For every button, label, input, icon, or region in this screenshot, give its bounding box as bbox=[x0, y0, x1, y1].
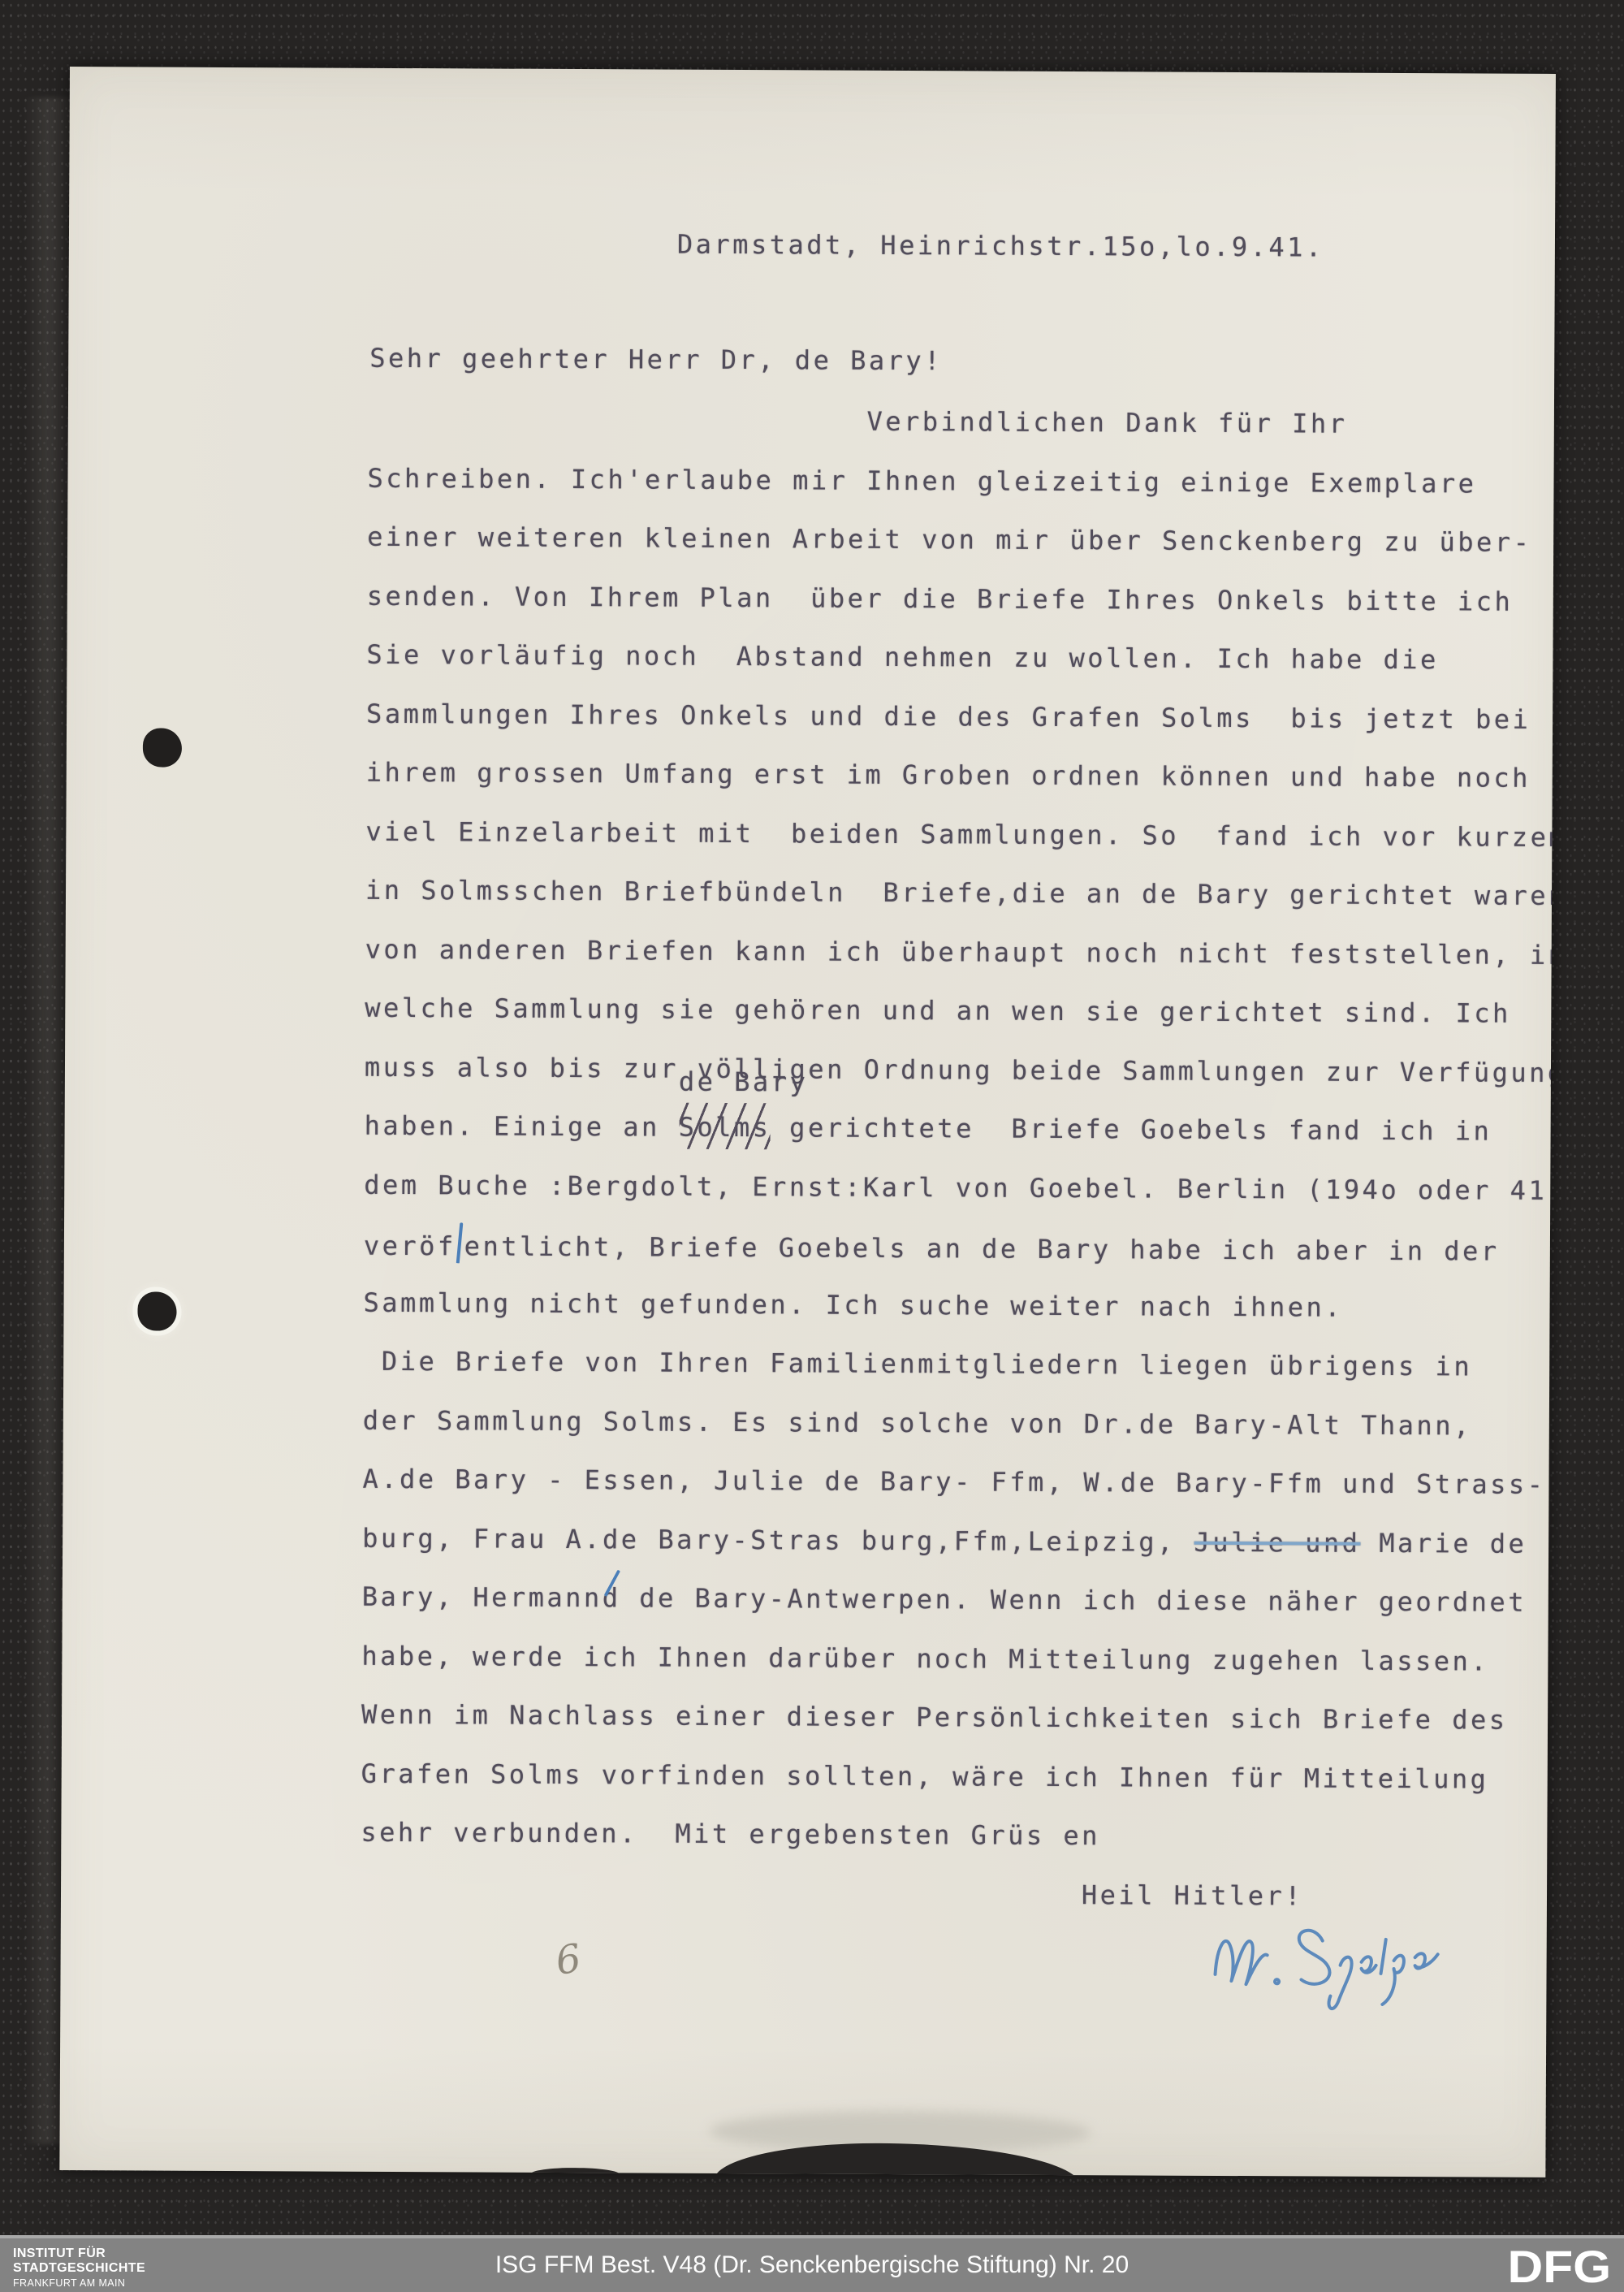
letter-line: Bary, Hermannd de Bary-Antwerpen. Wenn i… bbox=[362, 1568, 1556, 1633]
letter-text: senden. Von Ihrem Plan über die Briefe I… bbox=[367, 580, 1514, 616]
letter-text: welche Sammlung sie gehören und an wen s… bbox=[365, 992, 1511, 1029]
letter-text: dem Buche :Bergdolt, Ernst:Karl von Goeb… bbox=[364, 1169, 1556, 1205]
letter-text: Die Briefe von Ihren Familienmitgliedern… bbox=[363, 1346, 1472, 1382]
letter-line: habe, werde ich Ihnen darüber noch Mitte… bbox=[361, 1626, 1556, 1691]
scan-viewer-stage: Darmstadt, Heinrichstr.15o,lo.9.41. Sehr… bbox=[0, 0, 1624, 2292]
letter-text: in Solmsschen Briefbündeln Briefe,die an… bbox=[365, 875, 1556, 911]
letter-text: gerichtete Briefe Goebels fand ich in bbox=[771, 1112, 1492, 1146]
paper-bottom-nick bbox=[530, 2168, 620, 2177]
corrected-word-wrapper: Solmsde Bary bbox=[678, 1098, 771, 1157]
letter-text: Sammlung nicht gefunden. Ich suche weite… bbox=[363, 1287, 1343, 1322]
letter-line: von anderen Briefen kann ich überhaupt n… bbox=[365, 919, 1556, 984]
handwritten-signature bbox=[1200, 1905, 1469, 2032]
letter-text: viel Einzelarbeit mit beiden Sammlungen.… bbox=[365, 815, 1556, 852]
letter-body: Verbindlichen Dank für IhrSchreiben. Ich… bbox=[361, 390, 1556, 1927]
letter-text: Marie de bbox=[1360, 1527, 1527, 1559]
letter-text: Heil Hitler! bbox=[361, 1875, 1303, 1911]
letter-line: Sammlung nicht gefunden. Ich suche weite… bbox=[363, 1273, 1556, 1338]
letter-line: dem Buche :Bergdolt, Ernst:Karl von Goeb… bbox=[364, 1155, 1556, 1220]
letter-line: senden. Von Ihrem Plan über die Briefe I… bbox=[367, 566, 1556, 631]
letter-text-x-out: Solms bbox=[678, 1098, 771, 1157]
letter-text: Verbindlichen Dank für Ihr bbox=[368, 404, 1348, 439]
letter-line: burg, Frau A.de Bary-Stras burg,Ffm,Leip… bbox=[362, 1508, 1556, 1573]
signature-ink-icon bbox=[1200, 1905, 1469, 2028]
letter-line: veröfentlicht, Briefe Goebels an de Bary… bbox=[364, 1214, 1556, 1279]
letter-text: der Sammlung Solms. Es sind solche von D… bbox=[363, 1404, 1472, 1441]
letter-line: Die Briefe von Ihren Familienmitgliedern… bbox=[363, 1332, 1556, 1397]
letter-text: Grafen Solms vorfinden sollten, wäre ich… bbox=[361, 1758, 1489, 1794]
letter-text: einer weiteren kleinen Arbeit von mir üb… bbox=[367, 521, 1531, 558]
letter-line: einer weiteren kleinen Arbeit von mir üb… bbox=[367, 508, 1556, 573]
letter-dateline: Darmstadt, Heinrichstr.15o,lo.9.41. bbox=[677, 229, 1324, 263]
letter-text-slash-blue: d bbox=[603, 1568, 621, 1628]
letter-line: ihrem grossen Umfang erst im Groben ordn… bbox=[366, 743, 1556, 808]
letter-line: Grafen Solms vorfinden sollten, wäre ich… bbox=[361, 1744, 1556, 1809]
letter-line: der Sammlung Solms. Es sind solche von D… bbox=[363, 1390, 1556, 1455]
typed-insertion-above: de Bary bbox=[679, 1066, 809, 1099]
letter-salutation: Sehr geehrter Herr Dr, de Bary! bbox=[369, 343, 943, 376]
letter-line: sehr verbunden. Mit ergebensten Grüs en bbox=[361, 1803, 1556, 1868]
footer-bar: INSTITUT FÜR STADTGESCHICHTE FRANKFURT A… bbox=[0, 2235, 1624, 2292]
letter-line: welche Sammlung sie gehören und an wen s… bbox=[365, 979, 1556, 1044]
letter-line: Sie vorläufig noch Abstand nehmen zu wol… bbox=[366, 625, 1556, 690]
letter-text: Sie vorläufig noch Abstand nehmen zu wol… bbox=[366, 639, 1439, 675]
letter-line: in Solmsschen Briefbündeln Briefe,die an… bbox=[365, 861, 1556, 926]
letter-text: ihrem grossen Umfang erst im Groben ordn… bbox=[366, 757, 1531, 794]
letter-line: viel Einzelarbeit mit beiden Sammlungen.… bbox=[365, 802, 1556, 867]
letter-line: haben. Einige an Solmsde Bary gerichtete… bbox=[364, 1096, 1556, 1161]
letter-text: von anderen Briefen kann ich überhaupt n… bbox=[365, 933, 1556, 970]
letter-text: veröf bbox=[364, 1230, 456, 1262]
letter-line: muss also bis zur völligen Ordnung beide… bbox=[365, 1037, 1556, 1102]
letter-text: sehr verbunden. Mit ergebensten Grüs en bbox=[361, 1817, 1100, 1851]
letter-text: burg, Frau A.de Bary-Stras burg,Ffm,Leip… bbox=[362, 1522, 1194, 1557]
letter-text: entlicht, Briefe Goebels an de Bary habe… bbox=[464, 1230, 1500, 1266]
dfg-logo: DFG bbox=[1507, 2240, 1611, 2292]
letter-line: A.de Bary - Essen, Julie de Bary- Ffm, W… bbox=[362, 1450, 1556, 1515]
letter-text: muss also bis zur völligen Ordnung beide… bbox=[365, 1051, 1556, 1088]
pencil-page-number: 6 bbox=[553, 1935, 585, 1984]
letter-line: Verbindlichen Dank für Ihr bbox=[368, 390, 1556, 455]
letter-text: Bary, Hermann bbox=[362, 1581, 603, 1613]
letter-text-strike-blue: Julie und bbox=[1194, 1526, 1361, 1558]
letter-text: Wenn im Nachlass einer dieser Persönlich… bbox=[361, 1699, 1508, 1736]
archive-reference-label: ISG FFM Best. V48 (Dr. Senckenbergische … bbox=[0, 2251, 1624, 2279]
letter-line: Wenn im Nachlass einer dieser Persönlich… bbox=[361, 1685, 1556, 1750]
letter-text: Schreiben. Ich'erlaube mir Ihnen gleizei… bbox=[367, 462, 1476, 499]
letter-line: Sammlungen Ihres Onkels und die des Graf… bbox=[366, 684, 1556, 749]
letter-text: A.de Bary - Essen, Julie de Bary- Ffm, W… bbox=[362, 1464, 1545, 1500]
letter-line: Schreiben. Ich'erlaube mir Ihnen gleizei… bbox=[367, 448, 1556, 513]
letter-text: habe, werde ich Ihnen darüber noch Mitte… bbox=[361, 1640, 1489, 1676]
letter-text: Sammlungen Ihres Onkels und die des Graf… bbox=[366, 698, 1531, 734]
letter-text: de Bary-Antwerpen. Wenn ich diese näher … bbox=[620, 1582, 1527, 1617]
letter-text: haben. Einige an bbox=[365, 1110, 679, 1143]
punch-hole-bottom bbox=[137, 1291, 176, 1330]
punch-hole-top bbox=[143, 728, 182, 767]
blue-ink-stroke-icon bbox=[456, 1222, 464, 1263]
letter-scan-paper: Darmstadt, Heinrichstr.15o,lo.9.41. Sehr… bbox=[59, 67, 1556, 2177]
